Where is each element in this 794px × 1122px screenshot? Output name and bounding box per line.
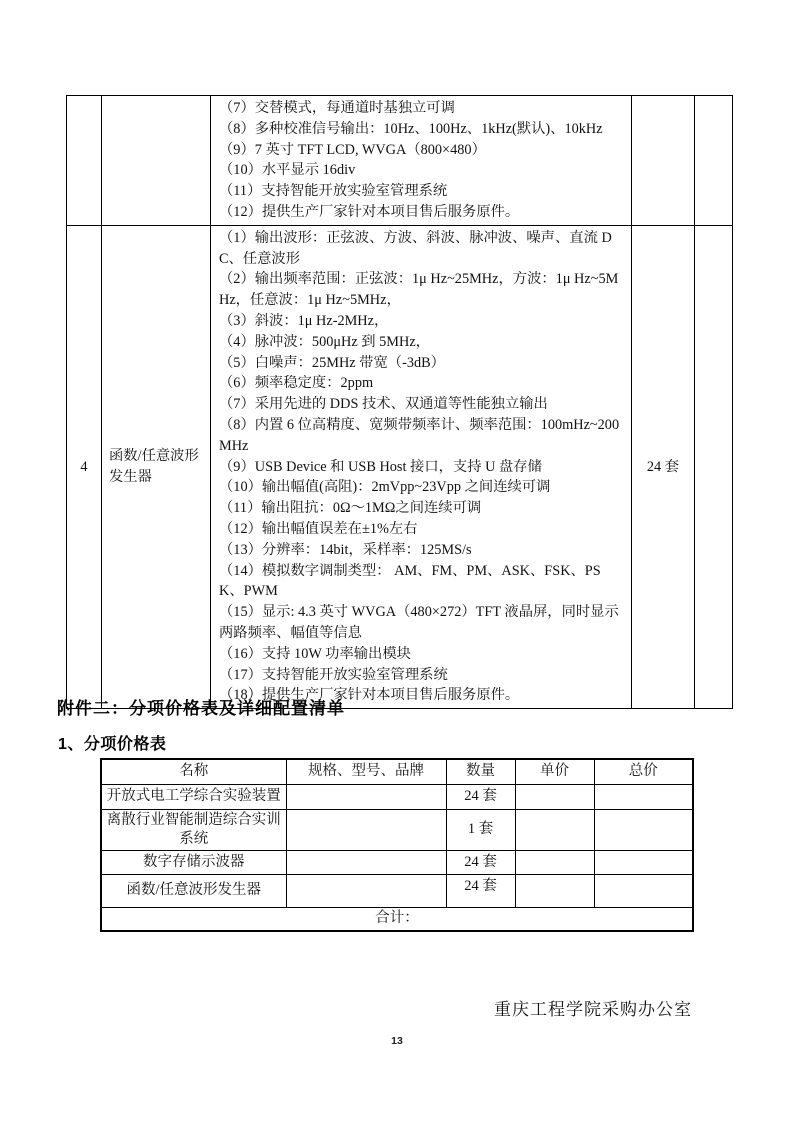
spec-table: （7）交替模式，每通道时基独立可调（8）多种校准信号输出：10Hz、100Hz、… xyxy=(66,95,733,709)
spec-table-item-row: 4 函数/任意波形发生器 （1）输出波形：正弦波、方波、斜波、脉冲波、噪声、直流… xyxy=(67,225,733,708)
item-spec-cell xyxy=(286,784,446,809)
spec-line: （8）内置 6 位高精度、宽频带频率计、频率范围：100mHz~200MHz xyxy=(219,415,625,457)
item-total-price-cell xyxy=(594,809,693,850)
col-header-total-price: 总价 xyxy=(594,759,693,784)
spec-line: （10）输出幅值(高阻)：2mVpp~23Vpp 之间连续可调 xyxy=(219,477,625,498)
spec-line: （8）多种校准信号输出：10Hz、100Hz、1kHz(默认)、10kHz xyxy=(219,119,625,140)
item-total-price-cell xyxy=(594,784,693,809)
item-name-cell: 函数/任意波形发生器 xyxy=(101,874,286,907)
price-table: 名称 规格、型号、品牌 数量 单价 总价 开放式电工学综合实验装置 24 套 离… xyxy=(100,758,694,932)
spec-details-cell: （1）输出波形：正弦波、方波、斜波、脉冲波、噪声、直流 DC、任意波形（2）输出… xyxy=(211,225,632,708)
spec-line: （16）支持 10W 功率输出模块 xyxy=(219,644,625,665)
col-header-qty: 数量 xyxy=(446,759,515,784)
item-spec-cell xyxy=(286,850,446,874)
document-page: （7）交替模式，每通道时基独立可调（8）多种校准信号输出：10Hz、100Hz、… xyxy=(0,0,794,1122)
item-qty-cell: 24 套 xyxy=(446,784,515,809)
spec-line: （7）交替模式，每通道时基独立可调 xyxy=(219,98,625,119)
spec-qty-cell xyxy=(632,96,695,226)
item-spec-cell xyxy=(286,809,446,850)
spec-line: （14）模拟数字调制类型： AM、FM、PM、ASK、FSK、PSK、PWM xyxy=(219,561,625,603)
spec-line-list: （1）输出波形：正弦波、方波、斜波、脉冲波、噪声、直流 DC、任意波形（2）输出… xyxy=(219,228,625,706)
spec-name-cell xyxy=(102,96,211,226)
item-unit-price-cell xyxy=(515,874,594,907)
item-unit-price-cell xyxy=(515,784,594,809)
spec-index-cell xyxy=(67,96,102,226)
price-table-total-row: 合计： xyxy=(101,907,693,931)
item-unit-price-cell xyxy=(515,850,594,874)
spec-details-cell: （7）交替模式，每通道时基独立可调（8）多种校准信号输出：10Hz、100Hz、… xyxy=(211,96,632,226)
col-header-name: 名称 xyxy=(101,759,286,784)
price-table-row: 数字存储示波器 24 套 xyxy=(101,850,693,874)
col-header-unit-price: 单价 xyxy=(515,759,594,784)
spec-index-cell: 4 xyxy=(67,225,102,708)
price-table-row: 函数/任意波形发生器 24 套 xyxy=(101,874,693,907)
spec-line: （7）采用先进的 DDS 技术、双通道等性能独立输出 xyxy=(219,394,625,415)
spec-line: （6）频率稳定度：2ppm xyxy=(219,373,625,394)
spec-line: （12）提供生产厂家针对本项目售后服务原件。 xyxy=(219,202,625,223)
spec-line: （12）输出幅值误差在±1%左右 xyxy=(219,519,625,540)
spec-extra-cell xyxy=(695,225,733,708)
attachment-heading: 附件二：分项价格表及详细配置清单 xyxy=(57,694,345,719)
item-name-cell: 离散行业智能制造综合实训系统 xyxy=(101,809,286,850)
item-qty-cell: 24 套 xyxy=(446,874,515,907)
spec-line: （17）支持智能开放实验室管理系统 xyxy=(219,665,625,686)
item-qty-cell: 24 套 xyxy=(446,850,515,874)
spec-line: （2）输出频率范围：正弦波：1μ Hz~25MHz，方波：1μ Hz~5MHz，… xyxy=(219,269,625,311)
col-header-spec: 规格、型号、品牌 xyxy=(286,759,446,784)
spec-line: （15）显示: 4.3 英寸 WVGA（480×272）TFT 液晶屏，同时显示… xyxy=(219,602,625,644)
spec-line: （3）斜波：1μ Hz-2MHz， xyxy=(219,311,625,332)
spec-line: （1）输出波形：正弦波、方波、斜波、脉冲波、噪声、直流 DC、任意波形 xyxy=(219,228,625,270)
spec-line: （9）7 英寸 TFT LCD, WVGA（800×480） xyxy=(219,140,625,161)
item-name-cell: 数字存储示波器 xyxy=(101,850,286,874)
item-unit-price-cell xyxy=(515,809,594,850)
office-signature: 重庆工程学院采购办公室 xyxy=(494,995,692,1020)
item-total-price-cell xyxy=(594,874,693,907)
spec-line: （11）输出阻抗：0Ω～1MΩ之间连续可调 xyxy=(219,498,625,519)
spec-line-list: （7）交替模式，每通道时基独立可调（8）多种校准信号输出：10Hz、100Hz、… xyxy=(219,98,625,223)
spec-line: （4）脉冲波：500μHz 到 5MHz， xyxy=(219,332,625,353)
spec-name-cell: 函数/任意波形发生器 xyxy=(102,225,211,708)
total-label-cell: 合计： xyxy=(101,907,693,931)
price-table-row: 离散行业智能制造综合实训系统 1 套 xyxy=(101,809,693,850)
page-number: 13 xyxy=(0,1035,794,1047)
item-name-cell: 开放式电工学综合实验装置 xyxy=(101,784,286,809)
spec-line: （10）水平显示 16div xyxy=(219,160,625,181)
spec-line: （13）分辨率：14bit，采样率：125MS/s xyxy=(219,540,625,561)
price-table-header-row: 名称 规格、型号、品牌 数量 单价 总价 xyxy=(101,759,693,784)
price-section-heading: 1、分项价格表 xyxy=(58,731,166,754)
spec-qty-cell: 24 套 xyxy=(632,225,695,708)
spec-table-continuation-row: （7）交替模式，每通道时基独立可调（8）多种校准信号输出：10Hz、100Hz、… xyxy=(67,96,733,226)
price-table-row: 开放式电工学综合实验装置 24 套 xyxy=(101,784,693,809)
item-total-price-cell xyxy=(594,850,693,874)
spec-line: （9）USB Device 和 USB Host 接口，支持 U 盘存储 xyxy=(219,457,625,478)
spec-extra-cell xyxy=(695,96,733,226)
spec-line: （11）支持智能开放实验室管理系统 xyxy=(219,181,625,202)
item-qty-cell: 1 套 xyxy=(446,809,515,850)
spec-line: （5）白噪声：25MHz 带宽（-3dB） xyxy=(219,353,625,374)
item-spec-cell xyxy=(286,874,446,907)
